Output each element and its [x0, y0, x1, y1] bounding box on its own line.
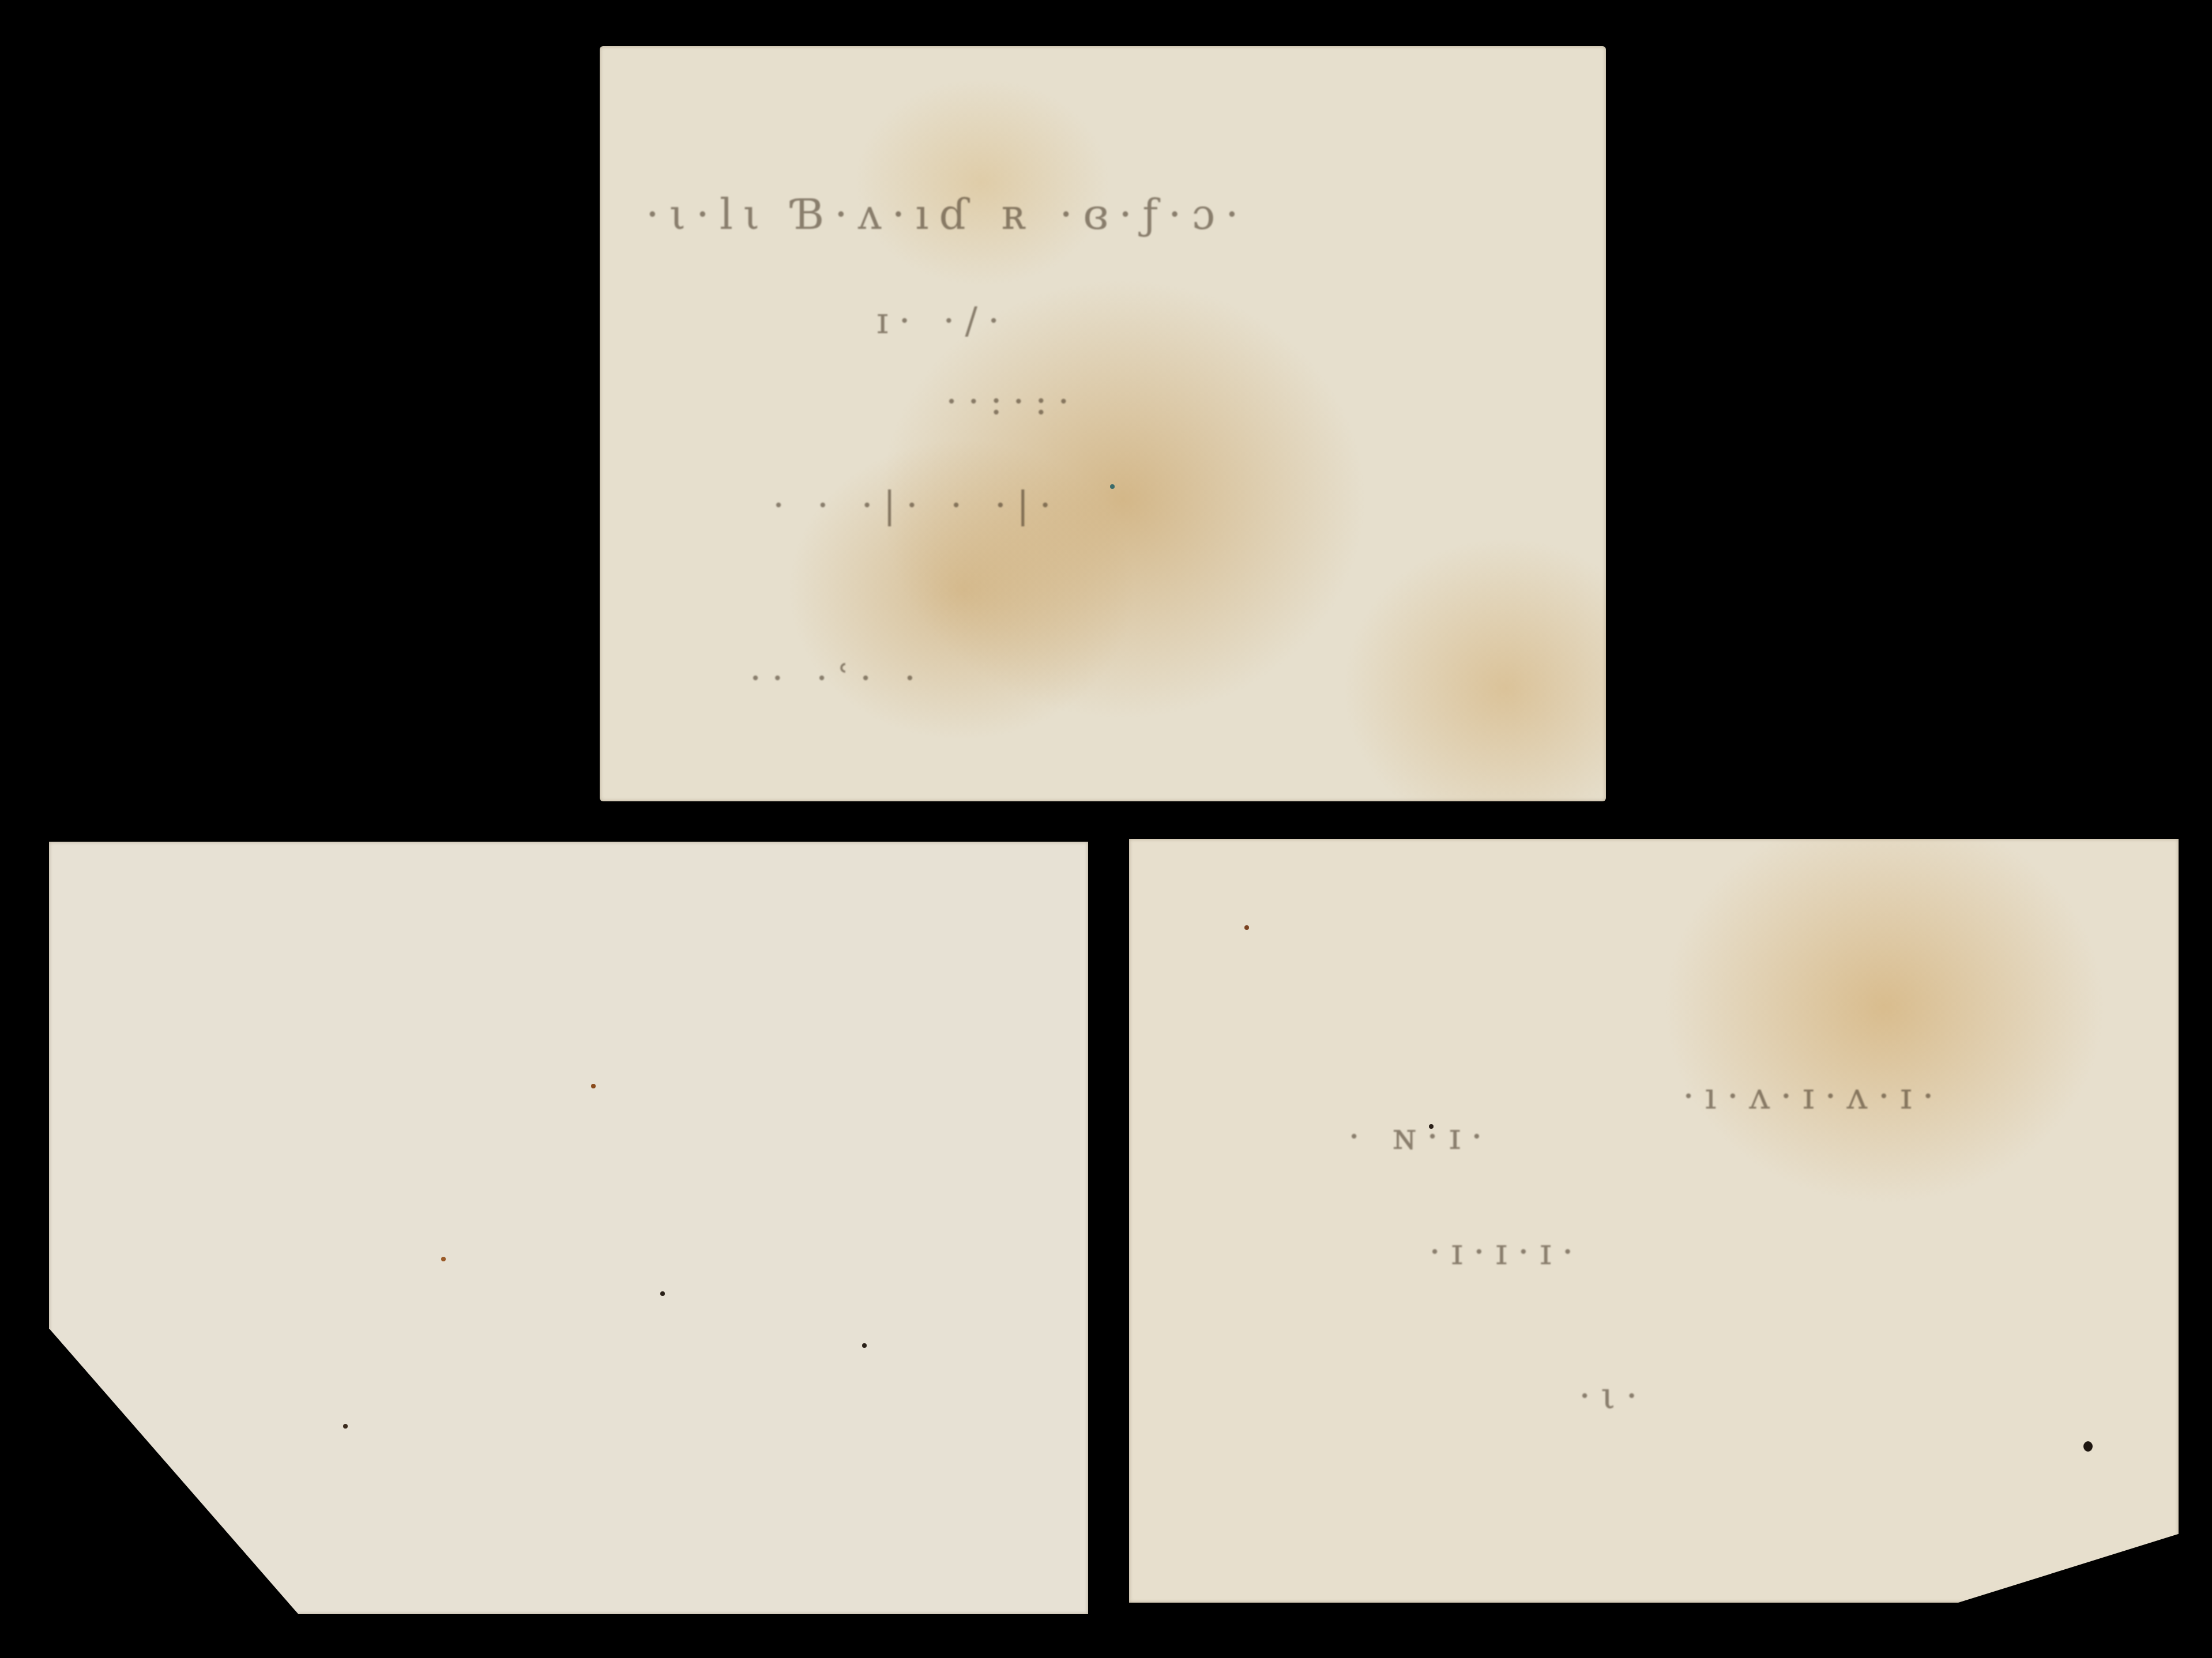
bleed-through-text: ·ι·lι Ɓ·ʌ·ıɗ ʀ ·ɞ·ƒ·ɔ·	[646, 190, 1249, 239]
bleed-through-text: ɪ· ·/·	[876, 300, 1010, 342]
photo-scene: ·ι·lι Ɓ·ʌ·ıɗ ʀ ·ɞ·ƒ·ɔ· ɪ· ·/· ··:·:· · ·…	[0, 0, 2212, 1658]
bottom-left-note	[49, 842, 1088, 1614]
foxing-speck	[245, 1574, 250, 1578]
ink-speck	[1110, 484, 1115, 489]
foxing-speck	[1429, 1124, 1434, 1129]
foxing-speck	[1244, 925, 1249, 930]
foxing-speck	[2011, 1611, 2016, 1616]
foxing-speck	[862, 1343, 867, 1348]
bleed-through-text: ·ɪ·ɪ·ɪ·	[1429, 1231, 1584, 1273]
top-note: ·ι·lι Ɓ·ʌ·ıɗ ʀ ·ɞ·ƒ·ɔ· ɪ· ·/· ··:·:· · ·…	[600, 46, 1606, 801]
ink-mark	[2083, 1441, 2093, 1452]
foxing-speck	[591, 1084, 596, 1088]
foxing-speck	[441, 1257, 446, 1261]
foxing-speck	[343, 1424, 348, 1429]
bottom-right-note: ·ı·ʌ·ɪ·ʌ·ɪ· · ɴ·ɪ· ·ɪ·ɪ·ɪ· ·ι· ɪ·ɪ·ɪ·ɪ·ɪ…	[1129, 839, 2179, 1603]
bleed-through-text: ·ι·	[1579, 1375, 1648, 1418]
bleed-through-text: ɪ·ɪ·ɪ·ɪ·ɪ·ɪ·ɪ·	[1314, 1606, 1639, 1653]
bleed-through-text: · ɴ·ɪ·	[1348, 1116, 1493, 1158]
foxing-speck	[660, 1291, 665, 1296]
bleed-through-text: ··:·:·	[946, 380, 1080, 423]
bleed-through-text: · · ·|· · ·|·	[773, 484, 1062, 527]
bleed-through-text: ·· ·ʿ· ·	[750, 657, 926, 700]
bleed-through-text: ·ı·ʌ·ɪ·ʌ·ɪ·	[1683, 1075, 1944, 1118]
